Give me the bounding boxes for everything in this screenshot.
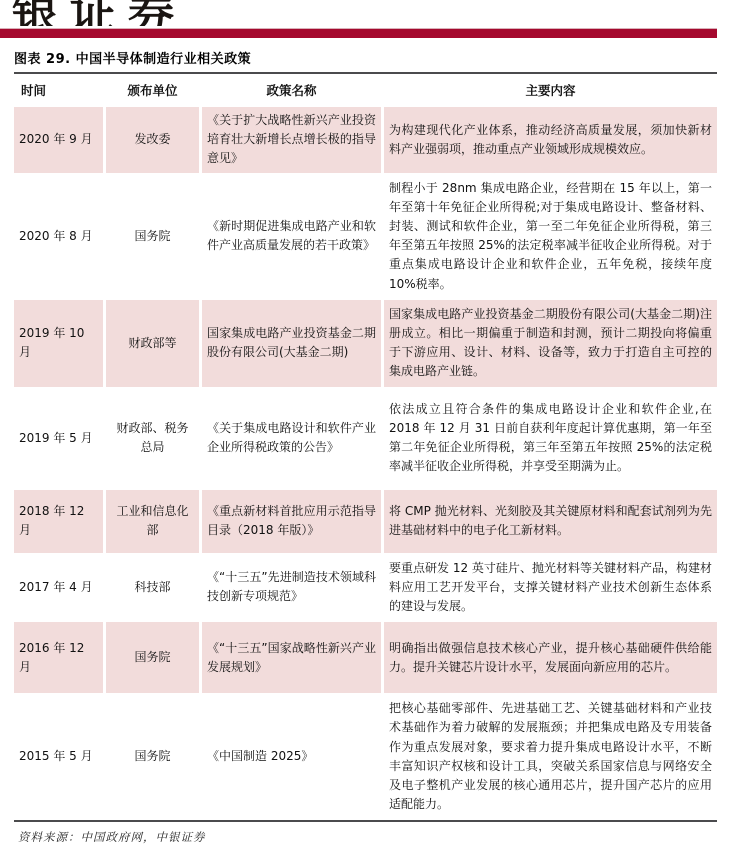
table-body: 2020 年 9 月 发改委 《关于扩大战略性新兴产业投资培育壮大新增长点增长极… <box>14 107 717 818</box>
table-row: 2016 年 12 月 国务院 《“十三五”国家战略性新兴产业发展规划》 明确指… <box>14 622 717 693</box>
cell-policy: 《中国制造 2025》 <box>202 695 381 818</box>
figure-title: 图表 29. 中国半导体制造行业相关政策 <box>14 48 731 67</box>
table-row: 2020 年 8 月 国务院 《新时期促进集成电路产业和软件产业高质量发展的若干… <box>14 175 717 298</box>
cell-time: 2017 年 4 月 <box>14 555 103 621</box>
cell-time: 2016 年 12 月 <box>14 622 103 693</box>
table-row: 2019 年 10 月 财政部等 国家集成电路产业投资基金二期股份有限公司(大基… <box>14 300 717 387</box>
col-header-issuer: 颁布单位 <box>106 81 199 99</box>
cell-policy: 《重点新材料首批应用示范指导目录（2018 年版）》 <box>202 490 381 553</box>
cell-issuer: 国务院 <box>106 695 199 818</box>
cell-content: 国家集成电路产业投资基金二期股份有限公司(大基金二期)注册成立。相比一期偏重于制… <box>384 300 717 387</box>
cell-issuer: 国务院 <box>106 175 199 298</box>
cell-issuer: 财政部、税务总局 <box>106 389 199 488</box>
cell-issuer: 工业和信息化部 <box>106 490 199 553</box>
cell-policy: 《“十三五”先进制造技术领域科技创新专项规范》 <box>202 555 381 621</box>
table-bottom-divider <box>14 820 717 822</box>
col-header-time: 时间 <box>14 81 103 99</box>
cell-time: 2018 年 12 月 <box>14 490 103 553</box>
cell-time: 2020 年 9 月 <box>14 107 103 173</box>
cell-issuer: 国务院 <box>106 622 199 693</box>
table-row: 2015 年 5 月 国务院 《中国制造 2025》 把核心基础零部件、先进基础… <box>14 695 717 818</box>
cell-content: 依法成立且符合条件的集成电路设计企业和软件企业,在 2018 年 12 月 31… <box>384 389 717 488</box>
table-row: 2019 年 5 月 财政部、税务总局 《关于集成电路设计和软件产业企业所得税政… <box>14 389 717 488</box>
cell-policy: 《关于扩大战略性新兴产业投资培育壮大新增长点增长极的指导意见》 <box>202 107 381 173</box>
cell-content: 将 CMP 抛光材料、光刻胶及其关键原材料和配套试剂列为先进基础材料中的电子化工… <box>384 490 717 553</box>
cell-content: 要重点研发 12 英寸硅片、抛光材料等关键材料产品，构建材料应用工艺开发平台，支… <box>384 555 717 621</box>
cell-issuer: 财政部等 <box>106 300 199 387</box>
cell-time: 2015 年 5 月 <box>14 695 103 818</box>
report-page: 银证券 图表 29. 中国半导体制造行业相关政策 时间 颁布单位 政策名称 主要… <box>0 0 731 844</box>
brand-logo: 银证券 <box>12 0 731 26</box>
cell-policy: 《“十三五”国家战略性新兴产业发展规划》 <box>202 622 381 693</box>
source-note: 资料来源：中国政府网，中银证券 <box>18 829 731 844</box>
cell-content: 把核心基础零部件、先进基础工艺、关键基础材料和产业技术基础作为着力破解的发展瓶颈… <box>384 695 717 818</box>
brand-logo-text: 银证券 <box>12 0 186 26</box>
cell-content: 制程小于 28nm 集成电路企业，经营期在 15 年以上，第一年至第十年免征企业… <box>384 175 717 298</box>
table-row: 2020 年 9 月 发改委 《关于扩大战略性新兴产业投资培育壮大新增长点增长极… <box>14 107 717 173</box>
policy-table: 时间 颁布单位 政策名称 主要内容 2020 年 9 月 发改委 《关于扩大战略… <box>14 74 717 818</box>
cell-content: 明确指出做强信息技术核心产业，提升核心基础硬件供给能力。提升关键芯片设计水平，发… <box>384 622 717 693</box>
cell-policy: 《关于集成电路设计和软件产业企业所得税政策的公告》 <box>202 389 381 488</box>
cell-policy: 国家集成电路产业投资基金二期股份有限公司(大基金二期) <box>202 300 381 387</box>
cell-time: 2020 年 8 月 <box>14 175 103 298</box>
table-row: 2018 年 12 月 工业和信息化部 《重点新材料首批应用示范指导目录（201… <box>14 490 717 553</box>
cell-policy: 《新时期促进集成电路产业和软件产业高质量发展的若干政策》 <box>202 175 381 298</box>
table-header-row: 时间 颁布单位 政策名称 主要内容 <box>14 74 717 107</box>
cell-time: 2019 年 5 月 <box>14 389 103 488</box>
brand-accent-bar <box>0 28 717 38</box>
cell-issuer: 科技部 <box>106 555 199 621</box>
col-header-content: 主要内容 <box>384 81 717 99</box>
col-header-policy: 政策名称 <box>202 81 381 99</box>
cell-issuer: 发改委 <box>106 107 199 173</box>
table-row: 2017 年 4 月 科技部 《“十三五”先进制造技术领域科技创新专项规范》 要… <box>14 555 717 621</box>
cell-time: 2019 年 10 月 <box>14 300 103 387</box>
cell-content: 为构建现代化产业体系，推动经济高质量发展，须加快新材料产业强弱项，推动重点产业领… <box>384 107 717 173</box>
